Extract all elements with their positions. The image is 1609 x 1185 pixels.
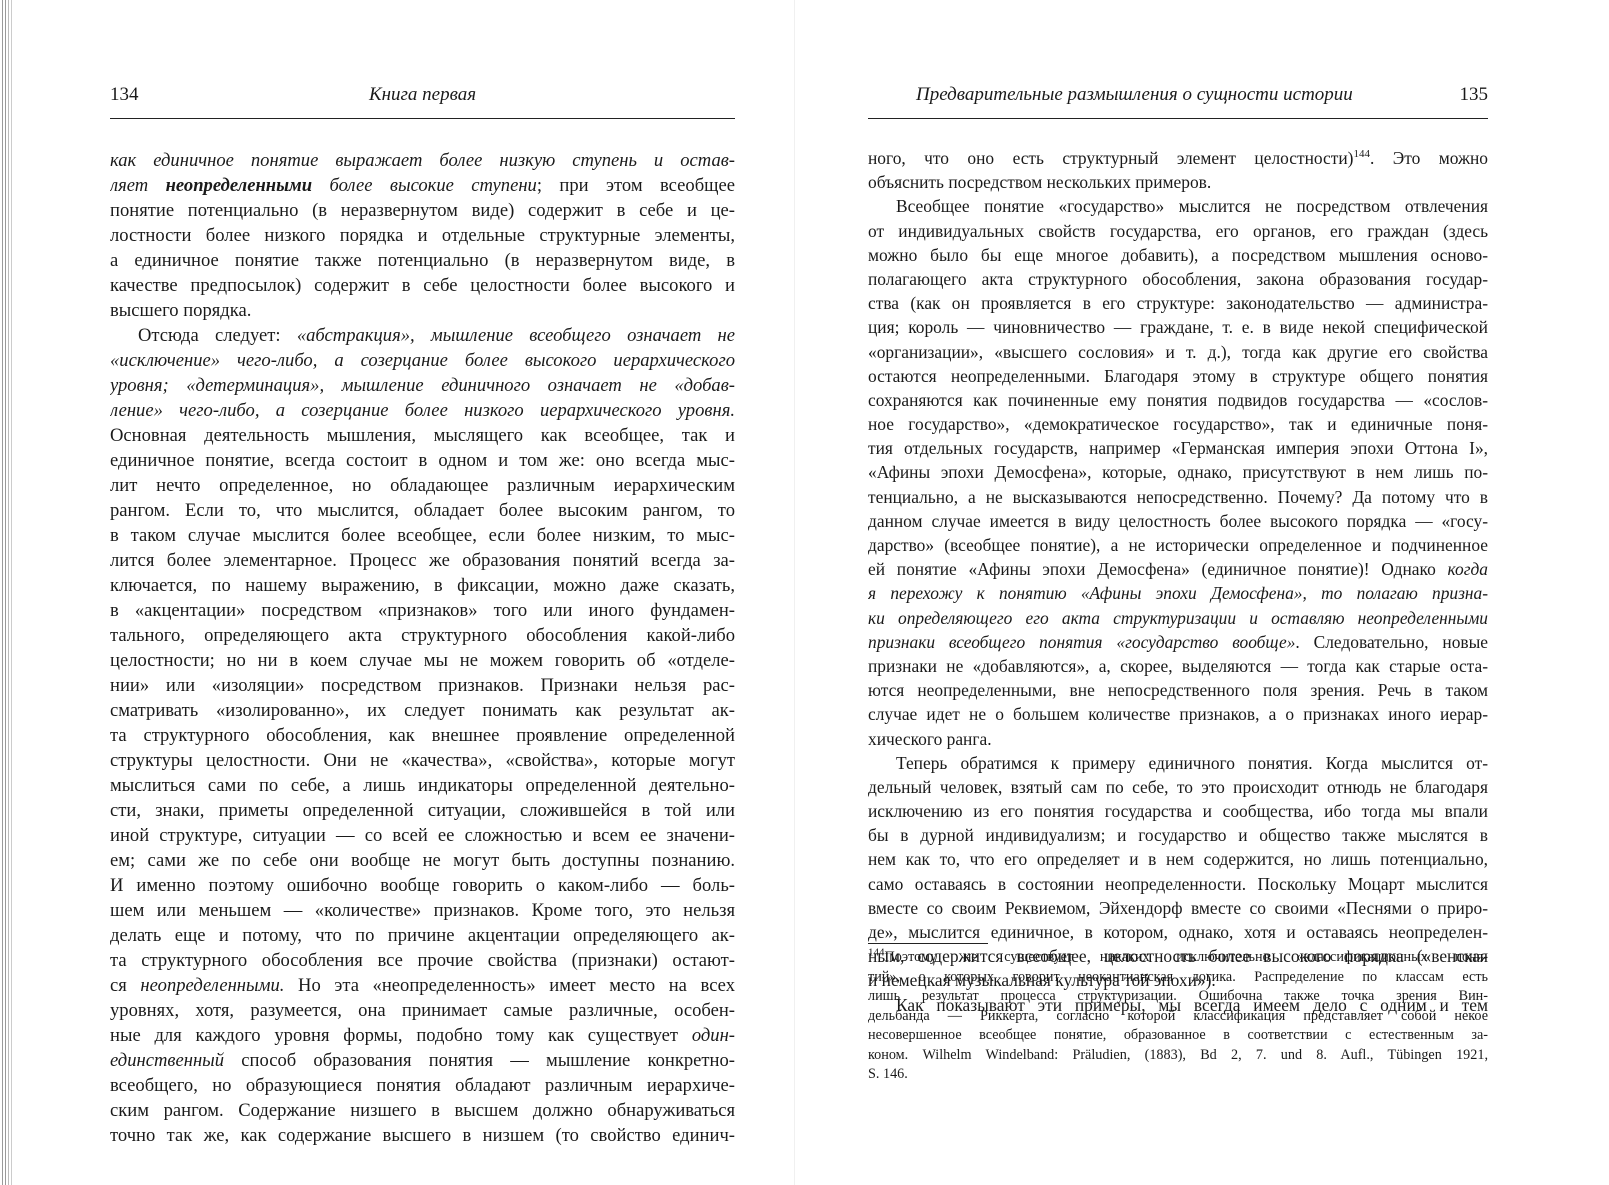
text-segment: случае идет не о большем количестве приз… (868, 704, 1488, 724)
text-line: мыслиться сами по себе, а лишь индикатор… (110, 773, 735, 798)
text-segment: S. 146. (868, 1066, 908, 1082)
text-line: 144Поэтому не существует никаких исключи… (868, 948, 1488, 968)
page-number: 135 (1460, 84, 1489, 106)
text-segment: можно было бы еще многое добавить), а по… (868, 245, 1488, 265)
text-line: Всеобщее понятие «государство» мыслится … (868, 194, 1488, 218)
text-segment: сохраняются как починенные ему понятия п… (868, 390, 1488, 410)
text-segment: способ образования понятия — мышление ко… (224, 1050, 735, 1071)
text-line: «организации», «высшего сословия» и т. д… (868, 340, 1488, 364)
text-segment: ного, что оно есть структурный элемент ц… (868, 148, 1353, 168)
footnote: 144Поэтому не существует никаких исключи… (868, 948, 1488, 1085)
text-line: как единичное понятие выражает более низ… (110, 148, 735, 173)
text-line: всеобщего, но образующиеся понятия облад… (110, 1073, 735, 1098)
text-line: признаки не «добавляются», а, скорее, вы… (868, 654, 1488, 678)
text-segment: дарство» (всеобщее понятие), а не истори… (868, 535, 1488, 555)
text-line: дарство» (всеобщее понятие), а не истори… (868, 533, 1488, 557)
text-line: целостности; но ни в коем случае мы не м… (110, 648, 735, 673)
text-segment: уровнях, хотя, разумеется, она принимает… (110, 1000, 735, 1021)
left-page-header: 134 Книга первая (110, 84, 735, 119)
text-segment: дельный человек, взятый сам по себе, то … (868, 777, 1488, 797)
text-line: де», мыслится единичное, в котором, одна… (868, 920, 1488, 944)
text-segment: лишь результат процесса структуризации. … (868, 988, 1488, 1004)
text-segment: «исключение» чего-либо, а созерцание бол… (110, 350, 735, 371)
text-segment: «организации», «высшего сословия» и т. д… (868, 342, 1488, 362)
text-line: тия отдельных государств, например «Герм… (868, 436, 1488, 460)
text-line: ляет неопределенными более высокие ступе… (110, 173, 735, 198)
text-line: лостности более низкого порядка и отдель… (110, 223, 735, 248)
text-segment: ное государство», «демократическое госуд… (868, 414, 1488, 434)
text-segment: лится более элементарное. Процесс же обр… (110, 550, 735, 571)
footnote-marker: 144 (1353, 148, 1370, 160)
text-segment: шем или меньшем — «количестве» признаков… (110, 900, 735, 921)
text-line: сти, знаки, приметы определенной ситуаци… (110, 798, 735, 823)
text-line: лится более элементарное. Процесс же обр… (110, 548, 735, 573)
text-segment: само оставаясь в состоянии неопределенно… (868, 874, 1488, 894)
text-line: несовершенное всеобщее понятие, образова… (868, 1026, 1488, 1046)
text-segment: Теперь обратимся к примеру единичного по… (896, 753, 1488, 773)
text-line: ное государство», «демократическое госуд… (868, 412, 1488, 436)
text-segment: ключается, по нашему выражению, в фиксац… (110, 575, 735, 596)
text-segment: делать еще и потому, что по причине акце… (110, 925, 735, 946)
text-segment: объяснить посредством нескольких примеро… (868, 172, 1211, 192)
text-line: в «акцентации» посредством «признаков» т… (110, 598, 735, 623)
text-line: единственный способ образования понятия … (110, 1048, 735, 1073)
book-binding-edge (0, 0, 14, 1185)
text-segment: тия отдельных государств, например «Герм… (868, 438, 1488, 458)
text-segment: рангом. Если то, что мыслится, обладает … (110, 500, 735, 521)
text-line: делать еще и потому, что по причине акце… (110, 923, 735, 948)
text-line: И именно поэтому ошибочно вообще говорит… (110, 873, 735, 898)
text-line: тий», о которых говорит неокантианская л… (868, 968, 1488, 988)
text-segment: в «акцентации» посредством «признаков» т… (110, 600, 735, 621)
text-line: «Афины эпохи Демосфена», которые, однако… (868, 460, 1488, 484)
text-line: ются неопределенными, вне непосредственн… (868, 678, 1488, 702)
text-segment: . Следовательно, новые (1295, 632, 1488, 652)
text-line: шем или меньшем — «количестве» признаков… (110, 898, 735, 923)
text-segment: признаки не «добавляются», а, скорее, вы… (868, 656, 1488, 676)
text-line: ключается, по нашему выражению, в фиксац… (110, 573, 735, 598)
right-page-body: ного, что оно есть структурный элемент ц… (868, 146, 1488, 1017)
text-segment: Основная деятельность мышления, мыслящег… (110, 425, 735, 446)
text-line: рангом. Если то, что мыслится, обладает … (110, 498, 735, 523)
text-segment: понятие потенциально (в неразвернутом ви… (110, 200, 735, 221)
text-segment: качестве предпосылок) содержит в себе це… (110, 275, 735, 296)
footnote-rule (868, 943, 988, 944)
text-segment: тального, определяющего акта структурног… (110, 625, 735, 646)
text-segment: . Это можно (1370, 148, 1488, 168)
text-line: бы в дурной индивидуализм; и государство… (868, 823, 1488, 847)
text-segment: тенциально, а не высказываются непосредс… (868, 487, 1488, 507)
text-line: исключению из его понятия государства и … (868, 799, 1488, 823)
text-segment: ся (110, 975, 140, 996)
text-segment: та структурного обособления все прочие с… (110, 950, 735, 971)
text-line: случае идет не о большем количестве приз… (868, 702, 1488, 726)
text-segment: неопределенными. (140, 975, 284, 996)
text-line: Теперь обратимся к примеру единичного по… (868, 751, 1488, 775)
text-segment: как единичное понятие выражает более низ… (110, 150, 735, 171)
text-segment: единственный (110, 1050, 224, 1071)
text-line: коном. Wilhelm Windelband: Präludien, (1… (868, 1046, 1488, 1066)
text-line: S. 146. (868, 1065, 1488, 1085)
text-segment: данном случае имеется в виду целостность… (868, 511, 1488, 531)
text-segment: точно так же, как содержание высшего в н… (110, 1125, 735, 1146)
text-segment: в таком случае мыслится более всеобщее, … (110, 525, 735, 546)
text-line: сматривать «изолированно», их следует по… (110, 698, 735, 723)
text-segment: та структурного обособления, как внешнее… (110, 725, 735, 746)
text-line: объяснить посредством нескольких примеро… (868, 170, 1488, 194)
text-line: Основная деятельность мышления, мыслящег… (110, 423, 735, 448)
text-segment: один- (692, 1025, 735, 1046)
text-segment: ются неопределенными, вне непосредственн… (868, 680, 1488, 700)
text-line: структуры целостности. Они не «качества»… (110, 748, 735, 773)
text-segment: неопределенными (166, 175, 313, 196)
text-segment: а единичное понятие также потенциально (… (110, 250, 735, 271)
text-line: нии» или «изоляции» посредством признако… (110, 673, 735, 698)
running-head: Книга первая (110, 84, 735, 106)
text-line: ление» чего-либо, а созерцание более низ… (110, 398, 735, 423)
text-segment: лостности более низкого порядка и отдель… (110, 225, 735, 246)
text-segment: И именно поэтому ошибочно вообще говорит… (110, 875, 735, 896)
text-segment: ским рангом. Содержание низшего в высшем… (110, 1100, 735, 1121)
text-segment: мыслиться сами по себе, а лишь индикатор… (110, 775, 735, 796)
text-line: ем; сами же по себе они вообще не могут … (110, 848, 735, 873)
text-segment: сматривать «изолированно», их следует по… (110, 700, 735, 721)
text-segment: я перехожу к понятию «Афины эпохи Демосф… (868, 583, 1488, 603)
page-gutter (794, 0, 795, 1185)
text-line: качестве предпосылок) содержит в себе це… (110, 273, 735, 298)
text-segment: нии» или «изоляции» посредством признако… (110, 675, 735, 696)
text-line: уровнях, хотя, разумеется, она принимает… (110, 998, 735, 1023)
text-segment: сти, знаки, приметы определенной ситуаци… (110, 800, 735, 821)
text-segment: ; при этом всеобщее (537, 175, 735, 196)
text-line: ства (как он проявляется в его структуре… (868, 291, 1488, 315)
text-segment: коном. Wilhelm Windelband: Präludien, (1… (868, 1047, 1488, 1063)
text-segment: несовершенное всеобщее понятие, образова… (868, 1027, 1488, 1043)
text-line: тенциально, а не высказываются непосредс… (868, 485, 1488, 509)
text-segment: нем как то, что его определяет и в нем с… (868, 849, 1488, 869)
text-line: хического ранга. (868, 727, 1488, 751)
text-segment: ные для каждого уровня формы, подобно то… (110, 1025, 692, 1046)
text-line: единичное понятие, всегда состоит в одно… (110, 448, 735, 473)
text-line: иной структуре, ситуации — со всей ее сл… (110, 823, 735, 848)
text-line: само оставаясь в состоянии неопределенно… (868, 872, 1488, 896)
text-segment: Всеобщее понятие «государство» мыслится … (896, 196, 1488, 216)
text-segment: хического ранга. (868, 729, 992, 749)
text-line: остаются неопределенными. Благодаря этом… (868, 364, 1488, 388)
text-line: от индивидуальных свойств государства, е… (868, 219, 1488, 243)
text-line: данном случае имеется в виду целостность… (868, 509, 1488, 533)
text-segment: ей понятие «Афины эпохи Демосфена» (един… (868, 559, 1448, 579)
text-segment: единичное понятие, всегда состоит в одно… (110, 450, 735, 471)
text-line: высшего порядка. (110, 298, 735, 323)
text-line: вместе со своим Реквиемом, Эйхендорф вме… (868, 896, 1488, 920)
text-line: дельный человек, взятый сам по себе, то … (868, 775, 1488, 799)
text-line: понятие потенциально (в неразвернутом ви… (110, 198, 735, 223)
text-segment: всеобщего, но образующиеся понятия облад… (110, 1075, 735, 1096)
text-line: полагающего акта структурного обособлени… (868, 267, 1488, 291)
text-line: «исключение» чего-либо, а созерцание бол… (110, 348, 735, 373)
text-segment: де», мыслится единичное, в котором, одна… (868, 922, 1488, 942)
text-segment: исключению из его понятия государства и … (868, 801, 1488, 821)
text-line: дельбанда — Риккерта, согласно которой к… (868, 1007, 1488, 1027)
text-segment: тий», о которых говорит неокантианская л… (868, 969, 1488, 985)
text-segment: высшего порядка. (110, 300, 251, 321)
text-line: ного, что оно есть структурный элемент ц… (868, 146, 1488, 170)
text-line: в таком случае мыслится более всеобщее, … (110, 523, 735, 548)
text-segment: ляет (110, 175, 166, 196)
text-segment: Поэтому не существует никаких исключител… (885, 949, 1489, 965)
text-line: ся неопределенными. Но эта «неопределенн… (110, 973, 735, 998)
text-segment: структуры целостности. Они не «качества»… (110, 750, 735, 771)
text-segment: Но эта «неопределенность» имеет место на… (284, 975, 735, 996)
text-line: ей понятие «Афины эпохи Демосфена» (един… (868, 557, 1488, 581)
text-line: та структурного обособления, как внешнее… (110, 723, 735, 748)
text-line: та структурного обособления все прочие с… (110, 948, 735, 973)
text-segment: остаются неопределенными. Благодаря этом… (868, 366, 1488, 386)
text-line: ским рангом. Содержание низшего в высшем… (110, 1098, 735, 1123)
text-segment: бы в дурной индивидуализм; и государство… (868, 825, 1488, 845)
text-segment: лит нечто определенное, но обладающее ра… (110, 475, 735, 496)
text-segment: признаки всеобщего понятия «государство … (868, 632, 1295, 652)
text-segment: целостности; но ни в коем случае мы не м… (110, 650, 735, 671)
text-segment: ства (как он проявляется в его структуре… (868, 293, 1488, 313)
text-segment: ки определяющего его акта структуризации… (868, 608, 1488, 628)
text-line: уровня; «детерминация», мышление единичн… (110, 373, 735, 398)
text-segment: «абстракция», мышление всеобщего означае… (297, 325, 735, 346)
text-segment: ция; король — чиновничество — граждане, … (868, 317, 1488, 337)
text-line: ки определяющего его акта структуризации… (868, 606, 1488, 630)
text-segment: более высокие ступени (312, 175, 537, 196)
text-line: ные для каждого уровня формы, подобно то… (110, 1023, 735, 1048)
text-segment: Отсюда следует: (138, 325, 297, 346)
text-line: лишь результат процесса структуризации. … (868, 987, 1488, 1007)
text-line: можно было бы еще многое добавить), а по… (868, 243, 1488, 267)
footnote-marker: 144 (868, 948, 885, 958)
right-page-header: Предварительные размышления о сущности и… (868, 84, 1488, 119)
text-line: нем как то, что его определяет и в нем с… (868, 847, 1488, 871)
text-line: а единичное понятие также потенциально (… (110, 248, 735, 273)
text-line: Отсюда следует: «абстракция», мышление в… (110, 323, 735, 348)
text-segment: вместе со своим Реквиемом, Эйхендорф вме… (868, 898, 1488, 918)
text-line: я перехожу к понятию «Афины эпохи Демосф… (868, 581, 1488, 605)
text-segment: ем; сами же по себе они вообще не могут … (110, 850, 735, 871)
text-segment: иной структуре, ситуации — со всей ее сл… (110, 825, 735, 846)
text-segment: уровня; «детерминация», мышление единичн… (110, 375, 735, 396)
text-segment: полагающего акта структурного обособлени… (868, 269, 1488, 289)
text-segment: от индивидуальных свойств государства, е… (868, 221, 1488, 241)
text-line: точно так же, как содержание высшего в н… (110, 1123, 735, 1148)
running-head: Предварительные размышления о сущности и… (916, 84, 1488, 106)
text-line: сохраняются как починенные ему понятия п… (868, 388, 1488, 412)
text-segment: «Афины эпохи Демосфена», которые, однако… (868, 462, 1488, 482)
text-segment: дельбанда — Риккерта, согласно которой к… (868, 1008, 1488, 1024)
text-line: тального, определяющего акта структурног… (110, 623, 735, 648)
text-line: признаки всеобщего понятия «государство … (868, 630, 1488, 654)
text-line: ция; король — чиновничество — граждане, … (868, 315, 1488, 339)
text-segment: ление» чего-либо, а созерцание более низ… (110, 400, 735, 421)
left-page-body: как единичное понятие выражает более низ… (110, 148, 735, 1148)
text-line: лит нечто определенное, но обладающее ра… (110, 473, 735, 498)
text-segment: когда (1448, 559, 1488, 579)
